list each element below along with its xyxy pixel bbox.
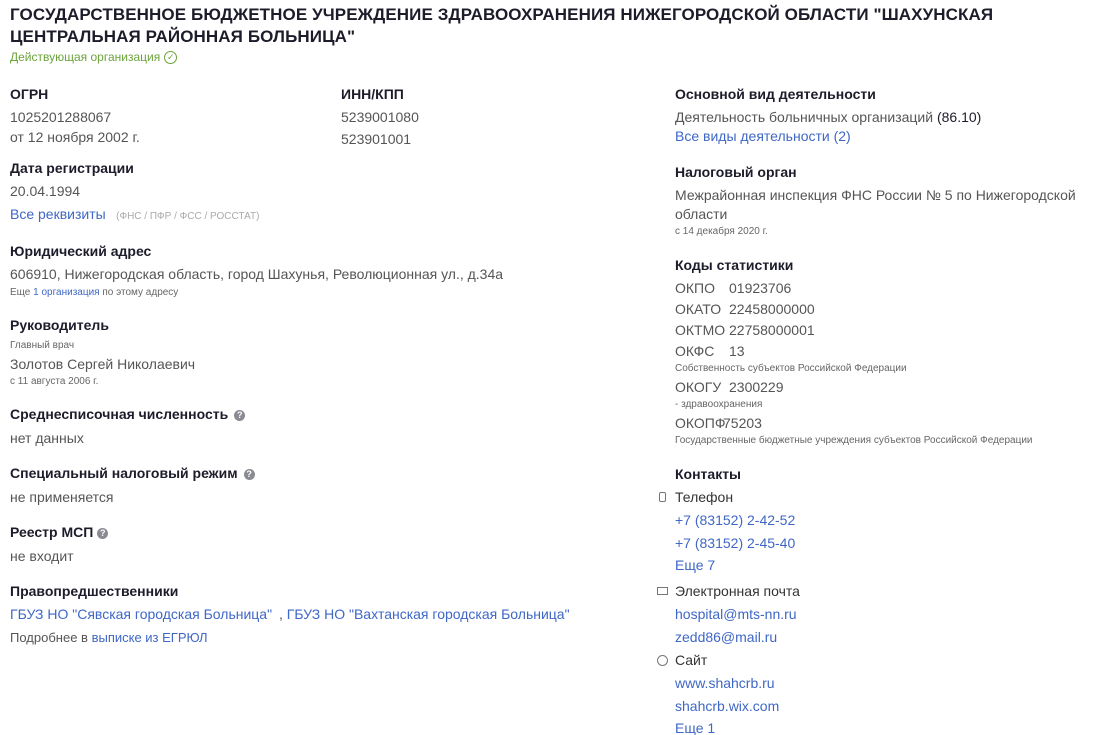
registration-date-label: Дата регистрации xyxy=(10,160,134,176)
tax-authority-value-line1: Межрайонная инспекция ФНС России № 5 по … xyxy=(675,187,1076,203)
email-link[interactable]: hospital@mts-nn.ru xyxy=(675,606,797,622)
code-okato: ОКАТО22458000000 xyxy=(675,301,815,317)
code-value: 22458000000 xyxy=(729,301,815,317)
tax-regime-value: не применяется xyxy=(10,489,113,505)
code-key: ОКАТО xyxy=(675,301,729,317)
msp-value: не входит xyxy=(10,548,74,564)
tax-authority-value-line2: области xyxy=(675,206,727,222)
phones-more-link[interactable]: Еще 7 xyxy=(675,557,715,573)
help-icon[interactable]: ? xyxy=(244,469,255,480)
predecessor-link[interactable]: ГБУЗ НО "Сявская городская Больница" xyxy=(10,606,272,622)
code-okfs: ОКФС13 xyxy=(675,343,745,359)
site-label: Сайт xyxy=(675,652,707,668)
email-link[interactable]: zedd86@mail.ru xyxy=(675,629,777,645)
predecessor-link[interactable]: ГБУЗ НО "Вахтанская городская Больница" xyxy=(287,606,570,622)
main-activity-code: (86.10) xyxy=(937,109,981,125)
predecessors-label: Правопредшественники xyxy=(10,583,178,599)
kpp-value: 523901001 xyxy=(341,131,411,147)
status-text: Действующая организация xyxy=(10,50,160,64)
code-okopf-note: Государственные бюджетные учреждения суб… xyxy=(675,435,1033,446)
phone-icon xyxy=(659,492,666,502)
tax-regime-label: Специальный налоговый режим? xyxy=(10,465,255,481)
status-badge: Действующая организация ✓ xyxy=(10,50,177,64)
stat-codes-label: Коды статистики xyxy=(675,257,793,273)
predecessor-separator: , xyxy=(279,606,283,622)
email-label: Электронная почта xyxy=(675,583,800,599)
same-address-orgs-link[interactable]: 1 организация xyxy=(33,287,99,298)
help-icon[interactable]: ? xyxy=(97,528,108,539)
headcount-value: нет данных xyxy=(10,430,84,446)
code-okogu: ОКОГУ2300229 xyxy=(675,379,784,395)
code-okogu-note: - здравоохранения xyxy=(675,399,762,410)
mail-icon xyxy=(657,587,668,595)
head-name: Золотов Сергей Николаевич xyxy=(10,356,195,372)
code-value: 01923706 xyxy=(729,280,791,296)
msp-label-text: Реестр МСП xyxy=(10,524,93,540)
phone-link[interactable]: +7 (83152) 2-42-52 xyxy=(675,512,795,528)
msp-label: Реестр МСП? xyxy=(10,524,108,540)
address-more-suffix: по этому адресу xyxy=(102,287,178,298)
code-value: 75203 xyxy=(723,415,762,431)
ogrn-date: от 12 ноября 2002 г. xyxy=(10,129,140,145)
code-value: 13 xyxy=(729,343,745,359)
page-title: ГОСУДАРСТВЕННОЕ БЮДЖЕТНОЕ УЧРЕЖДЕНИЕ ЗДР… xyxy=(10,4,1090,48)
code-value: 2300229 xyxy=(729,379,784,395)
address-more-prefix: Еще xyxy=(10,287,30,298)
globe-icon xyxy=(657,655,668,666)
code-okfs-note: Собственность субъектов Российской Федер… xyxy=(675,363,907,374)
head-label: Руководитель xyxy=(10,317,109,333)
contacts-label: Контакты xyxy=(675,466,741,482)
tax-regime-label-text: Специальный налоговый режим xyxy=(10,465,238,481)
egrul-link[interactable]: выписке из ЕГРЮЛ xyxy=(92,630,208,645)
inn-kpp-label: ИНН/КПП xyxy=(341,86,404,102)
main-activity-label: Основной вид деятельности xyxy=(675,86,876,102)
phone-label: Телефон xyxy=(675,489,733,505)
main-activity-value: Деятельность больничных организаций xyxy=(675,109,933,125)
headcount-label: Среднесписочная численность? xyxy=(10,406,245,422)
site-link[interactable]: www.shahcrb.ru xyxy=(675,675,775,691)
all-details-link[interactable]: Все реквизиты xyxy=(10,206,106,222)
phone-link[interactable]: +7 (83152) 2-45-40 xyxy=(675,535,795,551)
tax-authority-since: с 14 декабря 2020 г. xyxy=(675,226,768,237)
ogrn-label: ОГРН xyxy=(10,86,48,102)
help-icon[interactable]: ? xyxy=(234,410,245,421)
legal-address-value: 606910, Нижегородская область, город Шах… xyxy=(10,266,503,282)
all-activities-link[interactable]: Все виды деятельности (2) xyxy=(675,128,851,144)
code-key: ОКТМО xyxy=(675,322,729,338)
egrul-prefix: Подробнее в xyxy=(10,630,88,645)
inn-value: 5239001080 xyxy=(341,109,419,125)
sites-more-link[interactable]: Еще 1 xyxy=(675,720,715,735)
check-circle-icon: ✓ xyxy=(164,51,177,64)
legal-address-label: Юридический адрес xyxy=(10,243,151,259)
code-value: 22758000001 xyxy=(729,322,815,338)
all-details-note: (ФНС / ПФР / ФСС / РОССТАТ) xyxy=(116,211,259,222)
code-key: ОКПО xyxy=(675,280,729,296)
head-since: с 11 августа 2006 г. xyxy=(10,376,98,387)
code-key: ОКФС xyxy=(675,343,729,359)
tax-authority-label: Налоговый орган xyxy=(675,164,797,180)
code-okopf: ОКОПФ75203 xyxy=(675,415,762,431)
registration-date-value: 20.04.1994 xyxy=(10,183,80,199)
ogrn-value: 1025201288067 xyxy=(10,109,111,125)
code-key: ОКОПФ xyxy=(675,415,723,431)
head-position: Главный врач xyxy=(10,340,74,351)
code-oktmo: ОКТМО22758000001 xyxy=(675,322,815,338)
code-key: ОКОГУ xyxy=(675,379,729,395)
headcount-label-text: Среднесписочная численность xyxy=(10,406,228,422)
site-link[interactable]: shahcrb.wix.com xyxy=(675,698,779,714)
code-okpo: ОКПО01923706 xyxy=(675,280,791,296)
